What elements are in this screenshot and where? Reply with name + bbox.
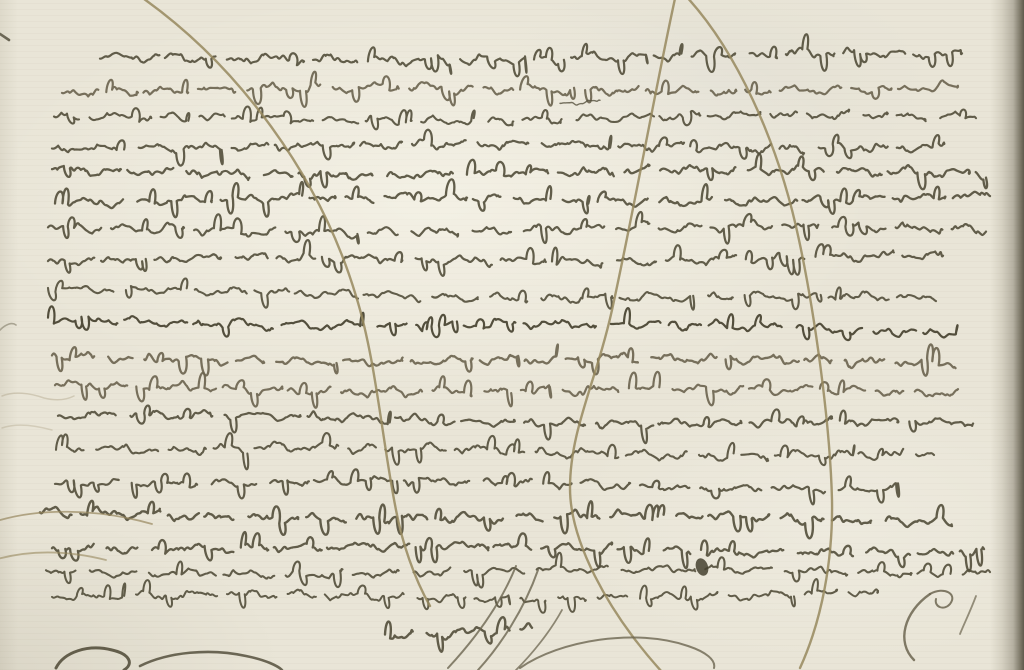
handwritten-line [54, 107, 976, 130]
paraph-slash [960, 596, 976, 634]
next-entry-stroke [140, 652, 282, 670]
descender-flourish-3 [516, 610, 562, 670]
ghost-mark-2 [2, 425, 52, 430]
handwritten-line [48, 279, 936, 310]
handwritten-line [55, 179, 990, 217]
handwritten-line [62, 72, 958, 107]
left-swash-2 [0, 553, 106, 561]
margin-tick-top [0, 34, 9, 40]
handwritten-line [58, 406, 973, 444]
handwritten-line [52, 532, 984, 571]
interlinear-insertion [560, 100, 600, 105]
descender-flourish-1 [448, 566, 516, 668]
sum-line [385, 617, 532, 651]
handwritten-line [100, 34, 962, 76]
paraph-curve [904, 594, 930, 660]
paraph-curl [930, 591, 952, 608]
handwriting-layer [0, 0, 1024, 670]
handwritten-line [52, 579, 878, 613]
bottom-swash [520, 637, 714, 668]
handwritten-line [40, 501, 952, 538]
handwritten-line [52, 154, 987, 189]
handwritten-line [46, 553, 990, 588]
handwritten-line [52, 130, 944, 166]
handwritten-line [55, 469, 899, 504]
ink-blot [694, 557, 711, 578]
left-swash-1 [0, 512, 152, 524]
handwritten-line [48, 240, 943, 276]
manuscript-scan [0, 0, 1024, 670]
handwritten-line [56, 433, 934, 469]
margin-tick-mid [0, 324, 16, 330]
handwritten-line [48, 306, 958, 340]
handwritten-line [48, 212, 986, 244]
ghost-mark-1 [2, 393, 74, 400]
next-entry-initial [56, 648, 129, 670]
